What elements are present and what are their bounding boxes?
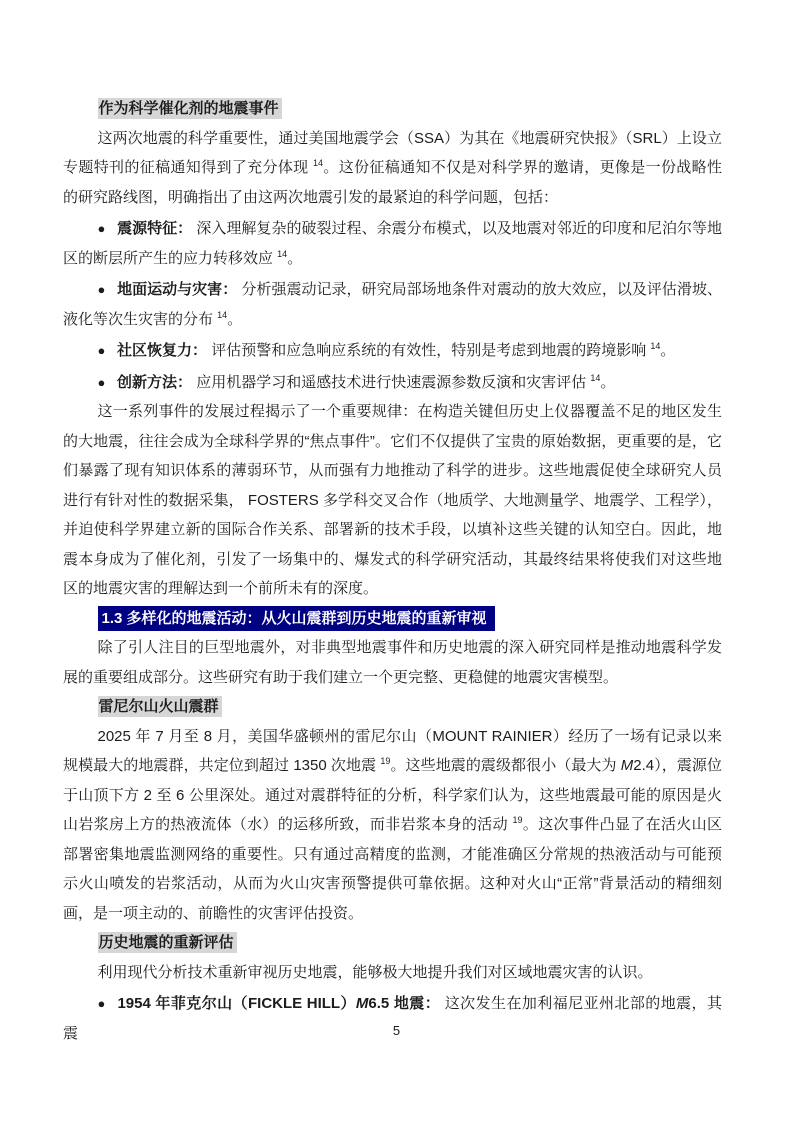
heading-rainier-highlight: 雷尼尔山火山震群 [98, 696, 222, 717]
bullet-label: 创新方法： [117, 374, 192, 391]
bullet-icon: ● [98, 282, 106, 297]
paragraph-pattern: 这一系列事件的发展过程揭示了一个重要规律：在构造关键但历史上仪器覆盖不足的地区发… [63, 397, 722, 604]
magnitude-symbol: M [621, 757, 634, 774]
heading-historical-highlight: 历史地震的重新评估 [98, 932, 237, 953]
footnote-ref-14: 14 [650, 341, 660, 351]
paragraph-rainier-text-2: 。这些地震的震级都很小（最大为 [390, 757, 620, 774]
paragraph-ssa: 这两次地震的科学重要性，通过美国地震学会（SSA）为其在《地震研究快报》（SRL… [63, 124, 722, 213]
footnote-ref-19: 19 [380, 756, 390, 766]
paragraph-historical: 利用现代分析技术重新审视历史地震，能够极大地提升我们对区域地震灾害的认识。 [63, 958, 722, 988]
footnote-ref-19: 19 [513, 815, 523, 825]
bullet-tail: 。 [227, 311, 242, 328]
bullet-icon: ● [98, 996, 106, 1011]
bullet-innovative-methods: ●创新方法： 应用机器学习和遥感技术进行快速震源参数反演和灾害评估 14。 [63, 368, 722, 398]
magnitude-symbol: M [356, 995, 369, 1012]
heading-section-1-3-highlight: 1.3 多样化的地震活动：从火山震群到历史地震的重新审视 [98, 606, 495, 631]
bullet-icon: ● [98, 221, 106, 236]
paragraph-intro-1-3: 除了引人注目的巨型地震外，对非典型地震事件和历史地震的深入研究同样是推动地震科学… [63, 633, 722, 692]
heading-catalyst: 作为科学催化剂的地震事件 [98, 94, 723, 124]
bullet-tail: 。 [287, 250, 302, 267]
paragraph-rainier: 2025 年 7 月至 8 月，美国华盛顿州的雷尼尔山（MOUNT RAINIE… [63, 722, 722, 929]
bullet-icon: ● [98, 375, 106, 390]
bullet-source-characteristics: ●震源特征： 深入理解复杂的破裂过程、余震分布模式，以及地震对邻近的印度和尼泊尔… [63, 214, 722, 273]
bullet-label: 1954 年菲克尔山（FICKLE HILL） [117, 995, 355, 1012]
bullet-label: 震源特征： [117, 220, 192, 237]
bullet-label: 地面运动与灾害： [117, 281, 237, 298]
footnote-ref-14: 14 [217, 310, 227, 320]
heading-section-1-3: 1.3 多样化的地震活动：从火山震群到历史地震的重新审视 [98, 604, 723, 634]
heading-catalyst-highlight: 作为科学催化剂的地震事件 [98, 98, 282, 119]
footnote-ref-14: 14 [313, 158, 323, 168]
bullet-community-resilience: ●社区恢复力： 评估预警和应急响应系统的有效性，特别是考虑到地震的跨境影响 14… [63, 336, 722, 366]
heading-rainier: 雷尼尔山火山震群 [98, 692, 723, 722]
heading-historical: 历史地震的重新评估 [98, 928, 723, 958]
bullet-tail: 。 [660, 342, 675, 359]
document-page: 作为科学催化剂的地震事件 这两次地震的科学重要性，通过美国地震学会（SSA）为其… [0, 0, 793, 1122]
bullet-label: 社区恢复力： [117, 342, 207, 359]
bullet-text: 评估预警和应急响应系统的有效性，特别是考虑到地震的跨境影响 [207, 342, 650, 359]
bullet-ground-motion: ●地面运动与灾害： 分析强震动记录，研究局部场地条件对震动的放大效应，以及评估滑… [63, 275, 722, 334]
footnote-ref-14: 14 [590, 373, 600, 383]
bullet-tail: 。 [600, 374, 615, 391]
page-number: 5 [0, 1022, 793, 1040]
bullet-label-2: 6.5 地震： [368, 995, 440, 1012]
footnote-ref-14: 14 [277, 249, 287, 259]
bullet-icon: ● [98, 343, 106, 358]
bullet-text: 应用机器学习和遥感技术进行快速震源参数反演和灾害评估 [192, 374, 590, 391]
